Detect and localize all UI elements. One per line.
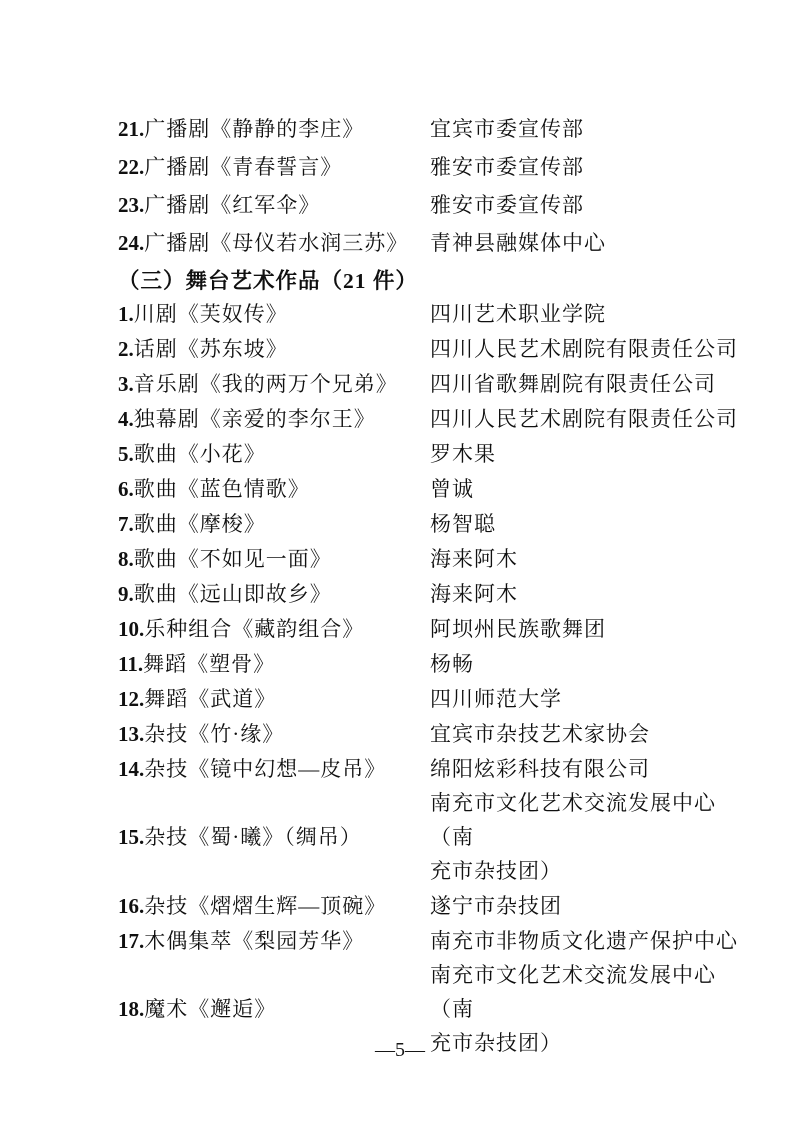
list-item: 12.舞蹈《武道》 四川师范大学 [118,681,750,716]
item-title: 木偶集萃《梨园芳华》 [144,929,364,953]
item-number: 11. [118,652,143,676]
item-organization: 遂宁市杂技团 [430,889,750,923]
item-organization: 南充市文化艺术交流发展中心（南 充市杂技团） [430,786,750,888]
item-number: 21. [118,117,144,141]
item-title: 川剧《芙奴传》 [134,302,288,326]
item-organization: 雅安市委宣传部 [430,150,750,184]
item-label: 12.舞蹈《武道》 [118,682,430,716]
item-title: 舞蹈《塑骨》 [143,652,275,676]
item-label: 16.杂技《熠熠生辉—顶碗》 [118,889,430,923]
item-label: 9.歌曲《远山即故乡》 [118,577,430,611]
item-organization: 罗木果 [430,437,750,471]
item-label: 14.杂技《镜中幻想—皮吊》 [118,752,430,786]
item-organization: 四川人民艺术剧院有限责任公司 [430,402,750,436]
item-organization: 宜宾市杂技艺术家协会 [430,717,750,751]
item-title: 歌曲《不如见一面》 [134,547,332,571]
list-item: 23.广播剧《红军伞》 雅安市委宣传部 [118,186,750,224]
item-title: 杂技《竹·缘》 [144,722,284,746]
item-title: 广播剧《母仪若水润三苏》 [144,231,408,255]
item-title: 广播剧《红军伞》 [144,193,320,217]
item-organization: 海来阿木 [430,542,750,576]
list-item: 15.杂技《蜀·曦》（绸吊） 南充市文化艺术交流发展中心（南 充市杂技团） [118,786,750,888]
item-organization: 四川师范大学 [430,682,750,716]
item-organization: 曾诚 [430,472,750,506]
section-heading: （三）舞台艺术作品（21 件） [118,262,750,296]
item-number: 14. [118,757,144,781]
item-label: 13.杂技《竹·缘》 [118,717,430,751]
item-label: 18.魔术《邂逅》 [118,992,430,1026]
item-label: 1.川剧《芙奴传》 [118,297,430,331]
item-title: 舞蹈《武道》 [144,687,276,711]
item-organization: 海来阿木 [430,577,750,611]
item-number: 18. [118,997,144,1021]
item-number: 2. [118,337,134,361]
item-label: 4.独幕剧《亲爱的李尔王》 [118,402,430,436]
item-title: 广播剧《青春誓言》 [144,155,342,179]
item-label: 11.舞蹈《塑骨》 [118,647,430,681]
list-item: 24.广播剧《母仪若水润三苏》 青神县融媒体中心 [118,224,750,262]
item-number: 17. [118,929,144,953]
list-item: 5.歌曲《小花》 罗木果 [118,436,750,471]
item-number: 9. [118,582,134,606]
item-organization: 宜宾市委宣传部 [430,112,750,146]
item-label: 15.杂技《蜀·曦》（绸吊） [118,820,430,854]
list-item: 2.话剧《苏东坡》 四川人民艺术剧院有限责任公司 [118,331,750,366]
item-number: 10. [118,617,144,641]
item-organization: 青神县融媒体中心 [430,226,750,260]
list-item: 7.歌曲《摩梭》 杨智聪 [118,506,750,541]
list-item: 3.音乐剧《我的两万个兄弟》 四川省歌舞剧院有限责任公司 [118,366,750,401]
list-item: 17.木偶集萃《梨园芳华》 南充市非物质文化遗产保护中心 [118,923,750,958]
item-number: 3. [118,372,134,396]
list-item: 14.杂技《镜中幻想—皮吊》 绵阳炫彩科技有限公司 [118,751,750,786]
item-title: 歌曲《小花》 [134,442,266,466]
item-number: 6. [118,477,134,501]
list-item: 9.歌曲《远山即故乡》 海来阿木 [118,576,750,611]
item-label: 7.歌曲《摩梭》 [118,507,430,541]
item-number: 16. [118,894,144,918]
item-label: 21.广播剧《静静的李庄》 [118,112,430,146]
list-item: 21.广播剧《静静的李庄》 宜宾市委宣传部 [118,110,750,148]
list-item: 4.独幕剧《亲爱的李尔王》 四川人民艺术剧院有限责任公司 [118,401,750,436]
item-title: 乐种组合《藏韵组合》 [144,617,364,641]
list-item: 16.杂技《熠熠生辉—顶碗》 遂宁市杂技团 [118,888,750,923]
item-number: 4. [118,407,134,431]
item-label: 5.歌曲《小花》 [118,437,430,471]
item-number: 15. [118,825,144,849]
item-label: 3.音乐剧《我的两万个兄弟》 [118,367,430,401]
item-label: 2.话剧《苏东坡》 [118,332,430,366]
item-label: 8.歌曲《不如见一面》 [118,542,430,576]
item-label: 6.歌曲《蓝色情歌》 [118,472,430,506]
item-organization: 杨智聪 [430,507,750,541]
list-item: 1.川剧《芙奴传》 四川艺术职业学院 [118,296,750,331]
item-title: 歌曲《摩梭》 [134,512,266,536]
item-title: 话剧《苏东坡》 [134,337,288,361]
item-organization: 四川人民艺术剧院有限责任公司 [430,332,750,366]
item-title: 独幕剧《亲爱的李尔王》 [134,407,376,431]
list-item: 10.乐种组合《藏韵组合》 阿坝州民族歌舞团 [118,611,750,646]
item-organization: 南充市非物质文化遗产保护中心 [430,924,750,958]
page-number: —5— [0,1036,800,1064]
list-item: 13.杂技《竹·缘》 宜宾市杂技艺术家协会 [118,716,750,751]
item-number: 12. [118,687,144,711]
item-organization: 阿坝州民族歌舞团 [430,612,750,646]
item-organization: 雅安市委宣传部 [430,188,750,222]
item-number: 24. [118,231,144,255]
item-number: 7. [118,512,134,536]
list-item: 6.歌曲《蓝色情歌》 曾诚 [118,471,750,506]
item-label: 10.乐种组合《藏韵组合》 [118,612,430,646]
item-title: 杂技《蜀·曦》（绸吊） [144,825,362,849]
item-organization: 杨畅 [430,647,750,681]
item-title: 杂技《镜中幻想—皮吊》 [144,757,386,781]
item-title: 魔术《邂逅》 [144,997,276,1021]
item-title: 杂技《熠熠生辉—顶碗》 [144,894,386,918]
item-label: 17.木偶集萃《梨园芳华》 [118,924,430,958]
document-body: 21.广播剧《静静的李庄》 宜宾市委宣传部 22.广播剧《青春誓言》 雅安市委宣… [118,110,750,1060]
item-label: 22.广播剧《青春誓言》 [118,150,430,184]
item-number: 22. [118,155,144,179]
item-number: 13. [118,722,144,746]
list-item: 22.广播剧《青春誓言》 雅安市委宣传部 [118,148,750,186]
item-number: 23. [118,193,144,217]
list-item: 11.舞蹈《塑骨》 杨畅 [118,646,750,681]
item-title: 广播剧《静静的李庄》 [144,117,364,141]
list-item: 8.歌曲《不如见一面》 海来阿木 [118,541,750,576]
item-organization: 绵阳炫彩科技有限公司 [430,752,750,786]
item-number: 5. [118,442,134,466]
item-number: 1. [118,302,134,326]
item-title: 音乐剧《我的两万个兄弟》 [134,372,398,396]
item-title: 歌曲《蓝色情歌》 [134,477,310,501]
item-organization: 四川艺术职业学院 [430,297,750,331]
item-label: 23.广播剧《红军伞》 [118,188,430,222]
item-number: 8. [118,547,134,571]
item-title: 歌曲《远山即故乡》 [134,582,332,606]
item-organization: 四川省歌舞剧院有限责任公司 [430,367,750,401]
item-label: 24.广播剧《母仪若水润三苏》 [118,226,430,260]
